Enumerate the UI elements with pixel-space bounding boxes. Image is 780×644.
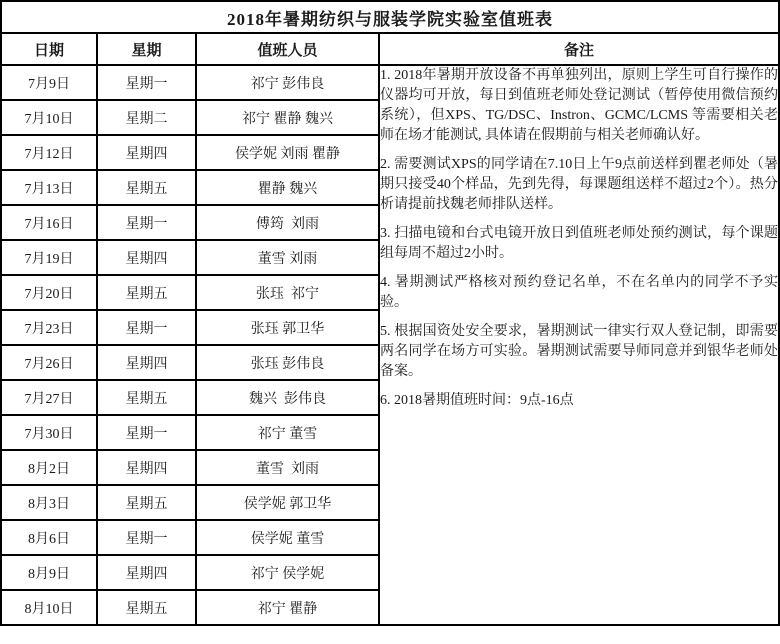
date-cell: 7月16日 <box>1 205 97 240</box>
staff-cell: 祁宁 董雪 <box>196 415 379 450</box>
note-item: 1. 2018年暑期开放设备不再单独列出，原则上学生可自行操作的仪器均可开放，每… <box>380 66 778 146</box>
page-title: 2018年暑期纺织与服装学院实验室值班表 <box>1 1 779 33</box>
staff-cell: 侯学妮 刘雨 瞿静 <box>196 135 379 170</box>
column-header-weekday: 星期 <box>97 33 196 65</box>
note-item: 5. 根据国资处安全要求，暑期测试一律实行双人登记制，即需要两名同学在场方可实验… <box>380 322 778 382</box>
weekday-cell: 星期五 <box>97 380 196 415</box>
staff-cell: 魏兴 彭伟良 <box>196 380 379 415</box>
staff-cell: 张珏 祁宁 <box>196 275 379 310</box>
weekday-cell: 星期一 <box>97 415 196 450</box>
date-cell: 7月10日 <box>1 100 97 135</box>
staff-cell: 董雪 刘雨 <box>196 450 379 485</box>
table-row: 7月9日星期一祁宁 彭伟良1. 2018年暑期开放设备不再单独列出，原则上学生可… <box>1 65 779 100</box>
weekday-cell: 星期二 <box>97 100 196 135</box>
date-cell: 7月20日 <box>1 275 97 310</box>
staff-cell: 祁宁 侯学妮 <box>196 555 379 590</box>
column-header-notes: 备注 <box>379 33 779 65</box>
date-cell: 7月13日 <box>1 170 97 205</box>
date-cell: 8月9日 <box>1 555 97 590</box>
date-cell: 8月3日 <box>1 485 97 520</box>
staff-cell: 张珏 郭卫华 <box>196 310 379 345</box>
date-cell: 7月27日 <box>1 380 97 415</box>
date-cell: 7月12日 <box>1 135 97 170</box>
note-item: 4. 暑期测试严格核对预约登记名单，不在名单内的同学不予实验。 <box>380 273 778 313</box>
date-cell: 7月19日 <box>1 240 97 275</box>
date-cell: 7月9日 <box>1 65 97 100</box>
staff-cell: 祁宁 瞿静 <box>196 590 379 625</box>
staff-cell: 祁宁 瞿静 魏兴 <box>196 100 379 135</box>
note-item: 2. 需要测试XPS的同学请在7.10日上午9点前送样到瞿老师处（暑期只接受40… <box>380 155 778 215</box>
weekday-cell: 星期五 <box>97 275 196 310</box>
weekday-cell: 星期四 <box>97 555 196 590</box>
date-cell: 7月30日 <box>1 415 97 450</box>
notes-cell: 1. 2018年暑期开放设备不再单独列出，原则上学生可自行操作的仪器均可开放，每… <box>379 65 779 625</box>
staff-cell: 祁宁 彭伟良 <box>196 65 379 100</box>
weekday-cell: 星期四 <box>97 240 196 275</box>
column-header-date: 日期 <box>1 33 97 65</box>
staff-cell: 侯学妮 郭卫华 <box>196 485 379 520</box>
weekday-cell: 星期五 <box>97 590 196 625</box>
note-item: 6. 2018暑期值班时间：9点-16点 <box>380 391 778 411</box>
note-item: 3. 扫描电镜和台式电镜开放日到值班老师处预约测试，每个课题组每周不超过2小时。 <box>380 224 778 264</box>
weekday-cell: 星期一 <box>97 310 196 345</box>
weekday-cell: 星期四 <box>97 450 196 485</box>
staff-cell: 傅筠 刘雨 <box>196 205 379 240</box>
weekday-cell: 星期四 <box>97 345 196 380</box>
date-cell: 8月6日 <box>1 520 97 555</box>
date-cell: 8月2日 <box>1 450 97 485</box>
weekday-cell: 星期五 <box>97 170 196 205</box>
title-row: 2018年暑期纺织与服装学院实验室值班表 <box>1 1 779 33</box>
date-cell: 7月26日 <box>1 345 97 380</box>
weekday-cell: 星期五 <box>97 485 196 520</box>
weekday-cell: 星期一 <box>97 65 196 100</box>
date-cell: 8月10日 <box>1 590 97 625</box>
weekday-cell: 星期四 <box>97 135 196 170</box>
weekday-cell: 星期一 <box>97 520 196 555</box>
duty-table-body: 7月9日星期一祁宁 彭伟良1. 2018年暑期开放设备不再单独列出，原则上学生可… <box>1 65 779 625</box>
staff-cell: 张珏 彭伟良 <box>196 345 379 380</box>
duty-schedule-sheet: 2018年暑期纺织与服装学院实验室值班表 日期 星期 值班人员 备注 7月9日星… <box>0 0 780 644</box>
date-cell: 7月23日 <box>1 310 97 345</box>
column-header-staff: 值班人员 <box>196 33 379 65</box>
weekday-cell: 星期一 <box>97 205 196 240</box>
staff-cell: 瞿静 魏兴 <box>196 170 379 205</box>
duty-table: 2018年暑期纺织与服装学院实验室值班表 日期 星期 值班人员 备注 7月9日星… <box>0 0 780 626</box>
header-row: 日期 星期 值班人员 备注 <box>1 33 779 65</box>
staff-cell: 董雪 刘雨 <box>196 240 379 275</box>
staff-cell: 侯学妮 董雪 <box>196 520 379 555</box>
